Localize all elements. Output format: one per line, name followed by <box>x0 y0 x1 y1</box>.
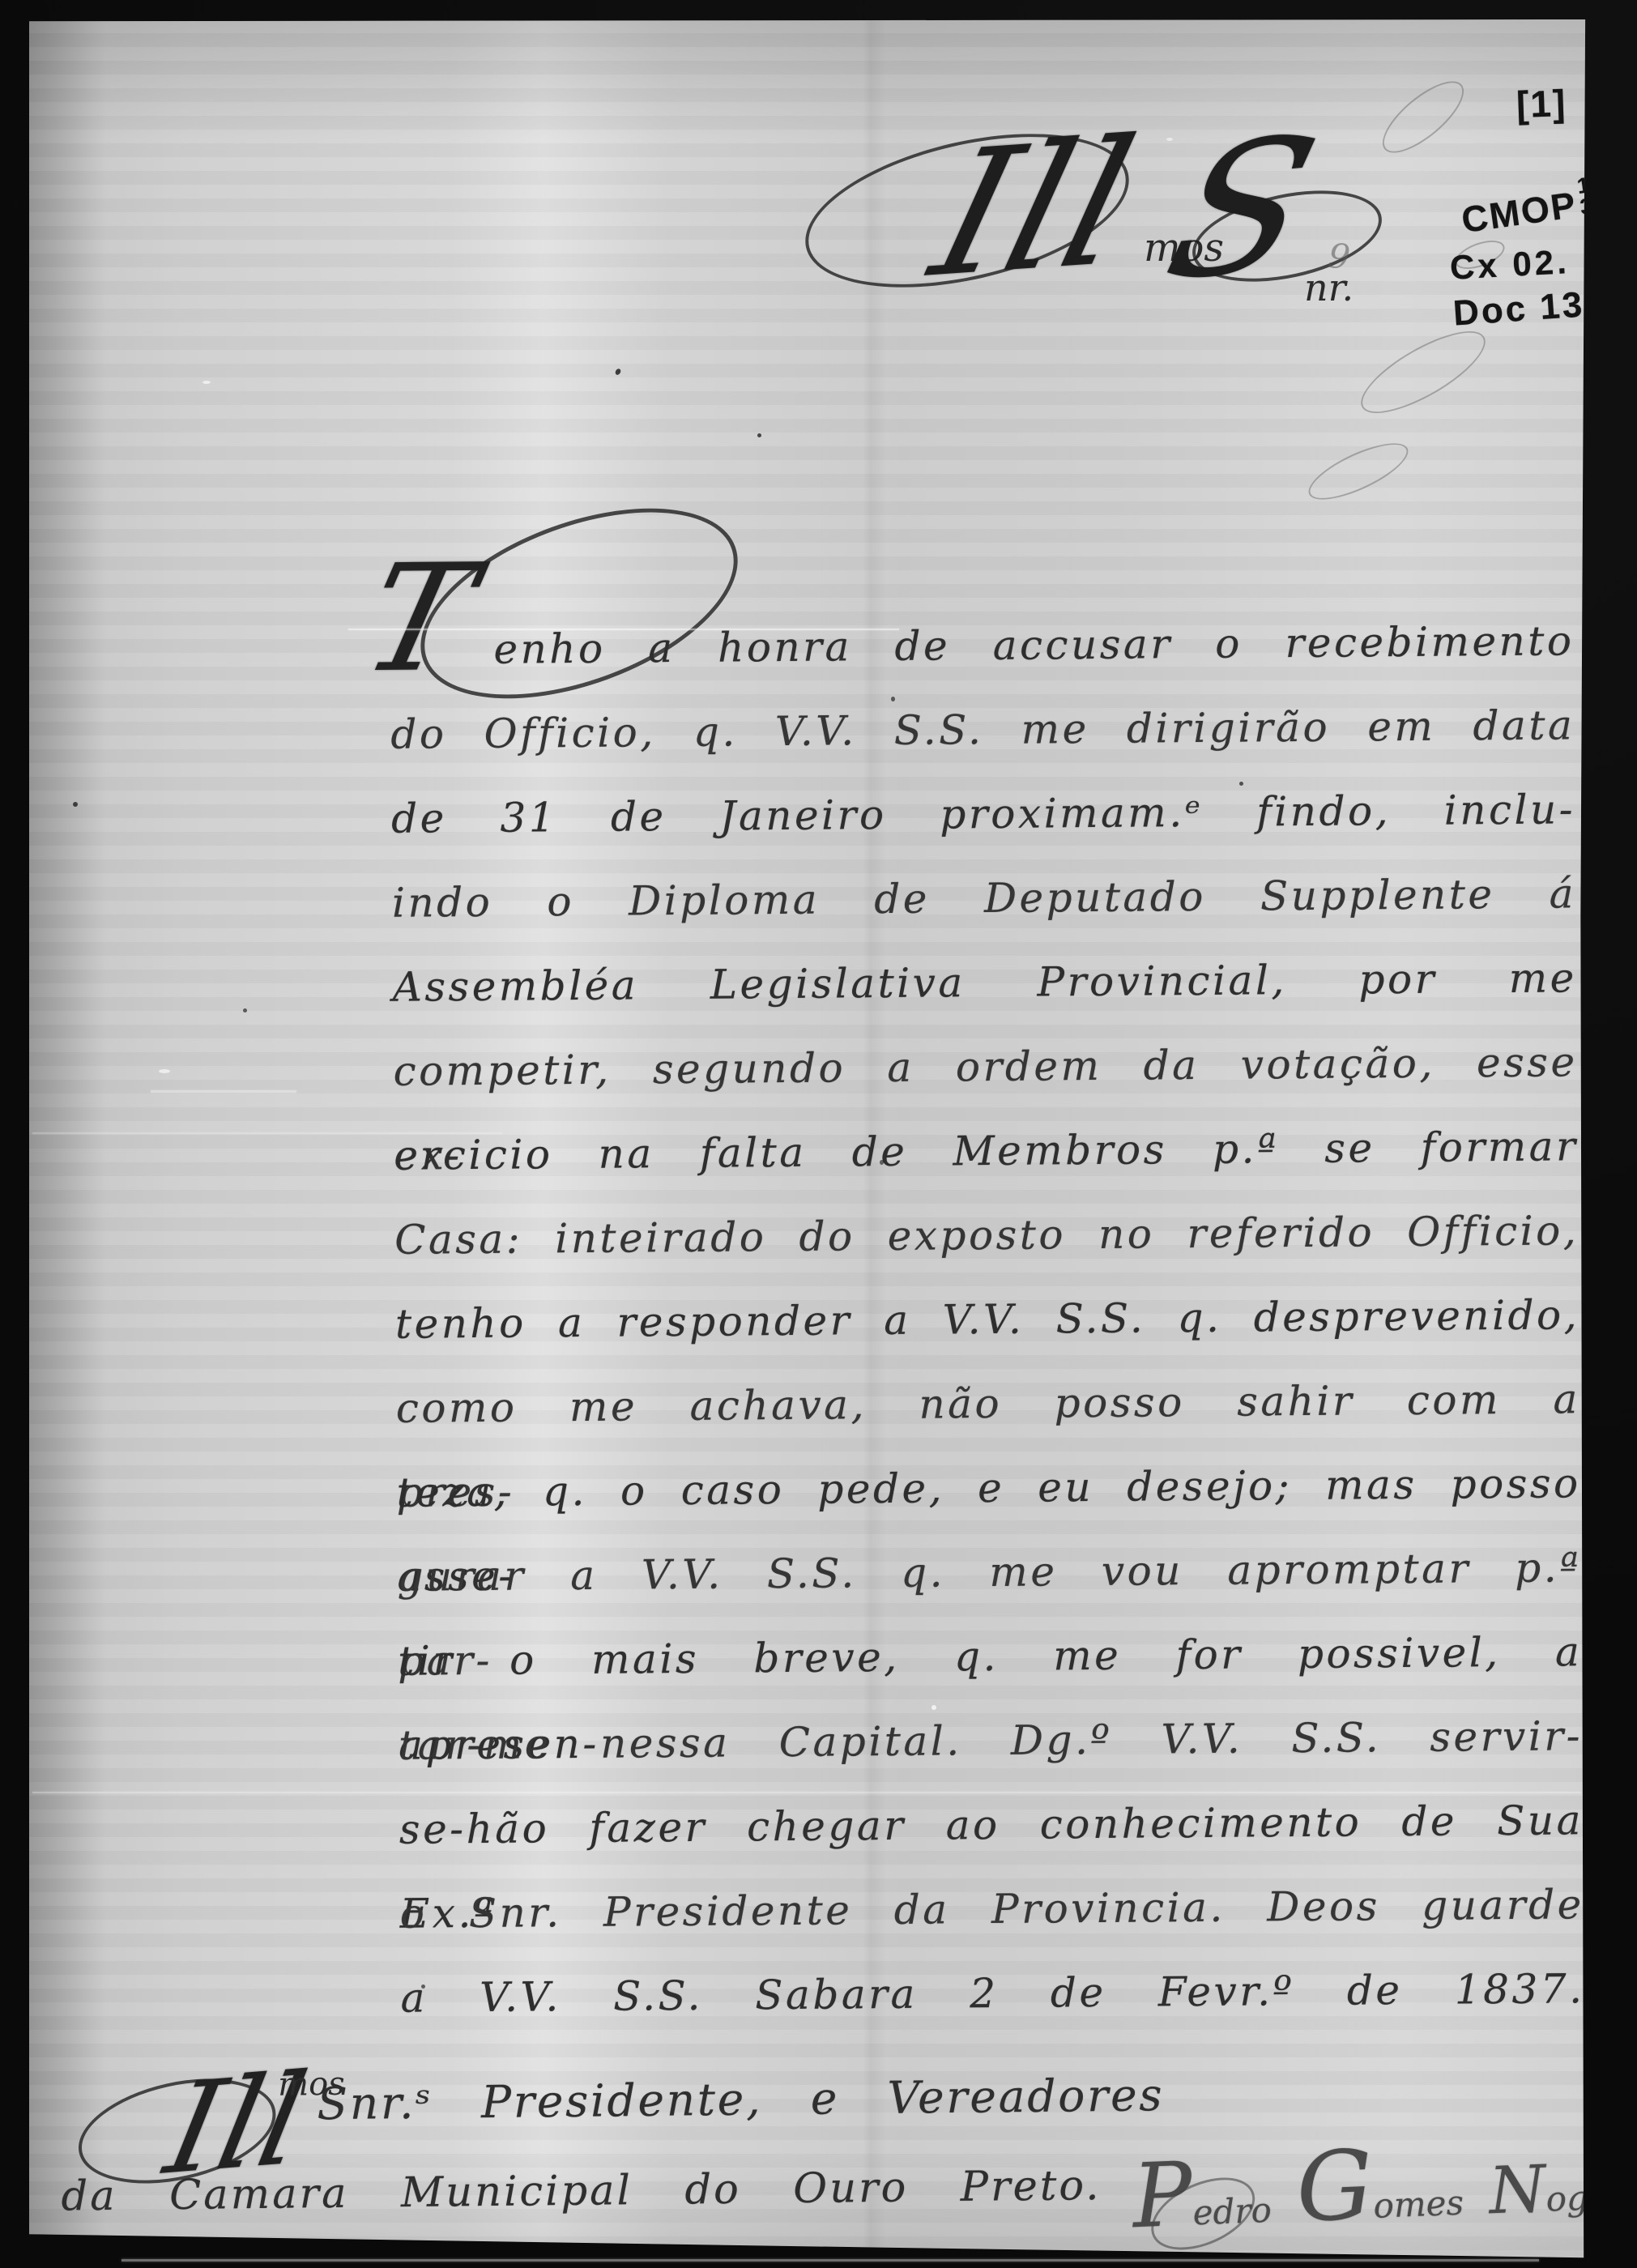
address-line-1: Snr.ˢ Presidente, e Vereadores <box>317 2070 1165 2129</box>
manuscript-line-17: a V.V. S.S. Sabara 2 de Fevr.º de 1837. <box>400 1946 1585 2040</box>
manuscript-line-13: tir o mais breve, q. me for possivel, a … <box>398 1609 1583 1703</box>
microfilm-scan: Ill mos S nr. 9 [1] CMOP 1 3 Cx 02. <box>0 0 1637 2268</box>
manuscript-line-9: tenho a responder a V.V. S.S. q. desprev… <box>395 1273 1580 1366</box>
pencil-page-note: 9 <box>1327 236 1353 278</box>
manuscript-line-3: de 31 de Janeiro proximam.ᵉ findo, inclu… <box>391 767 1576 860</box>
manuscript-line-2: do Officio, q. V.V. S.S. me dirigirão em… <box>390 683 1575 776</box>
letter-body: T enho a honra de accusar o recebimento … <box>390 599 1592 2040</box>
drop-initial: T <box>352 544 488 693</box>
fund-fraction-denominator: 3 <box>1579 195 1595 218</box>
scan-edge-highlight <box>121 2259 1539 2262</box>
fund-fraction: 1 3 <box>1576 175 1596 218</box>
box-annotation: Cx 02. <box>1449 242 1571 288</box>
manuscript-line-5: Assembléa Legislativa Provincial, por me <box>392 936 1577 1029</box>
manuscript-line-1-text: enho a honra de accusar o recebimento <box>493 599 1575 691</box>
manuscript-line-11: teza, q. o caso pede, e eu desejo; mas p… <box>396 1441 1581 1534</box>
signature-last-name: Nogueira <box>1488 2151 1637 2223</box>
signature-middle-name: Gomes <box>1294 2134 1464 2236</box>
manuscript-line-7: ercicio na falta de Membros p.ª se forma… <box>394 1104 1579 1197</box>
manuscript-line-4: indo o Diploma de Deputado Supplente á <box>392 851 1577 944</box>
addressee-block: Ill mos Snr.ˢ Presidente, e Vereadores d… <box>49 2027 1234 2268</box>
doc-annotation: Doc 13 <box>1452 284 1585 334</box>
document-page: Ill mos S nr. 9 [1] CMOP 1 3 Cx 02. <box>29 19 1588 2260</box>
page-number-annotation: [1] <box>1516 81 1567 126</box>
manuscript-line-10: como me achava, não posso sahir com a pr… <box>395 1357 1580 1450</box>
fund-code: CMOP <box>1459 184 1579 241</box>
address-line-2: da Camara Municipal do Ouro Preto. <box>61 2163 1102 2221</box>
manuscript-line-12: gurar a V.V. S.S. q. me vou apromptar p.… <box>397 1525 1582 1618</box>
heading-salutation: Ill mos S nr. <box>778 65 1474 324</box>
fund-annotation: CMOP 1 3 <box>1459 181 1597 241</box>
manuscript-line-6: competir, segundo a ordem da votação, es… <box>393 1020 1578 1113</box>
manuscript-line-16: o Snr. Presidente da Provincia. Deos gua… <box>399 1862 1584 1955</box>
manuscript-line-1: T enho a honra de accusar o recebimento <box>390 599 1575 692</box>
signature: Pedro Gomes Nogueira <box>1131 2127 1637 2242</box>
manuscript-line-8: Casa: inteirado do exposto no referido O… <box>394 1188 1579 1281</box>
manuscript-line-14: tar-me nessa Capital. Dg.º V.V. S.S. ser… <box>399 1694 1584 1787</box>
